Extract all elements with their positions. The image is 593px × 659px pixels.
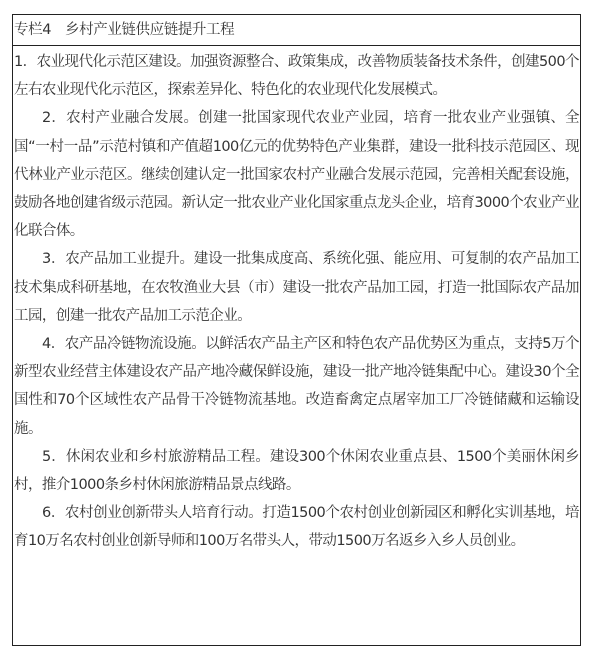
- paragraph-4: 4．农产品冷链物流设施。以鲜活农产品主产区和特色农产品优势区为重点，支持5万个新…: [14, 330, 579, 443]
- paragraph-5: 5．休闲农业和乡村旅游精品工程。建设300个休闲农业重点县、1500个美丽休闲乡…: [14, 443, 579, 499]
- paragraph-1: 1．农业现代化示范区建设。加强资源整合、政策集成，改善物质装备技术条件，创建50…: [14, 48, 579, 104]
- box-label: 专栏4: [14, 22, 51, 38]
- box-body: 1．农业现代化示范区建设。加强资源整合、政策集成，改善物质装备技术条件，创建50…: [13, 46, 580, 556]
- paragraph-3: 3．农产品加工业提升。建设一批集成度高、系统化强、能应用、可复制的农产品加工技术…: [14, 245, 579, 330]
- feature-box: 专栏4乡村产业链供应链提升工程 1．农业现代化示范区建设。加强资源整合、政策集成…: [12, 14, 581, 646]
- box-title: 乡村产业链供应链提升工程: [65, 22, 234, 38]
- box-header: 专栏4乡村产业链供应链提升工程: [13, 15, 580, 46]
- paragraph-2: 2．农村产业融合发展。创建一批国家现代农业产业园，培育一批农业产业强镇、全国“一…: [14, 104, 579, 245]
- paragraph-6: 6．农村创业创新带头人培育行动。打造1500个农村创业创新园区和孵化实训基地，培…: [14, 499, 579, 555]
